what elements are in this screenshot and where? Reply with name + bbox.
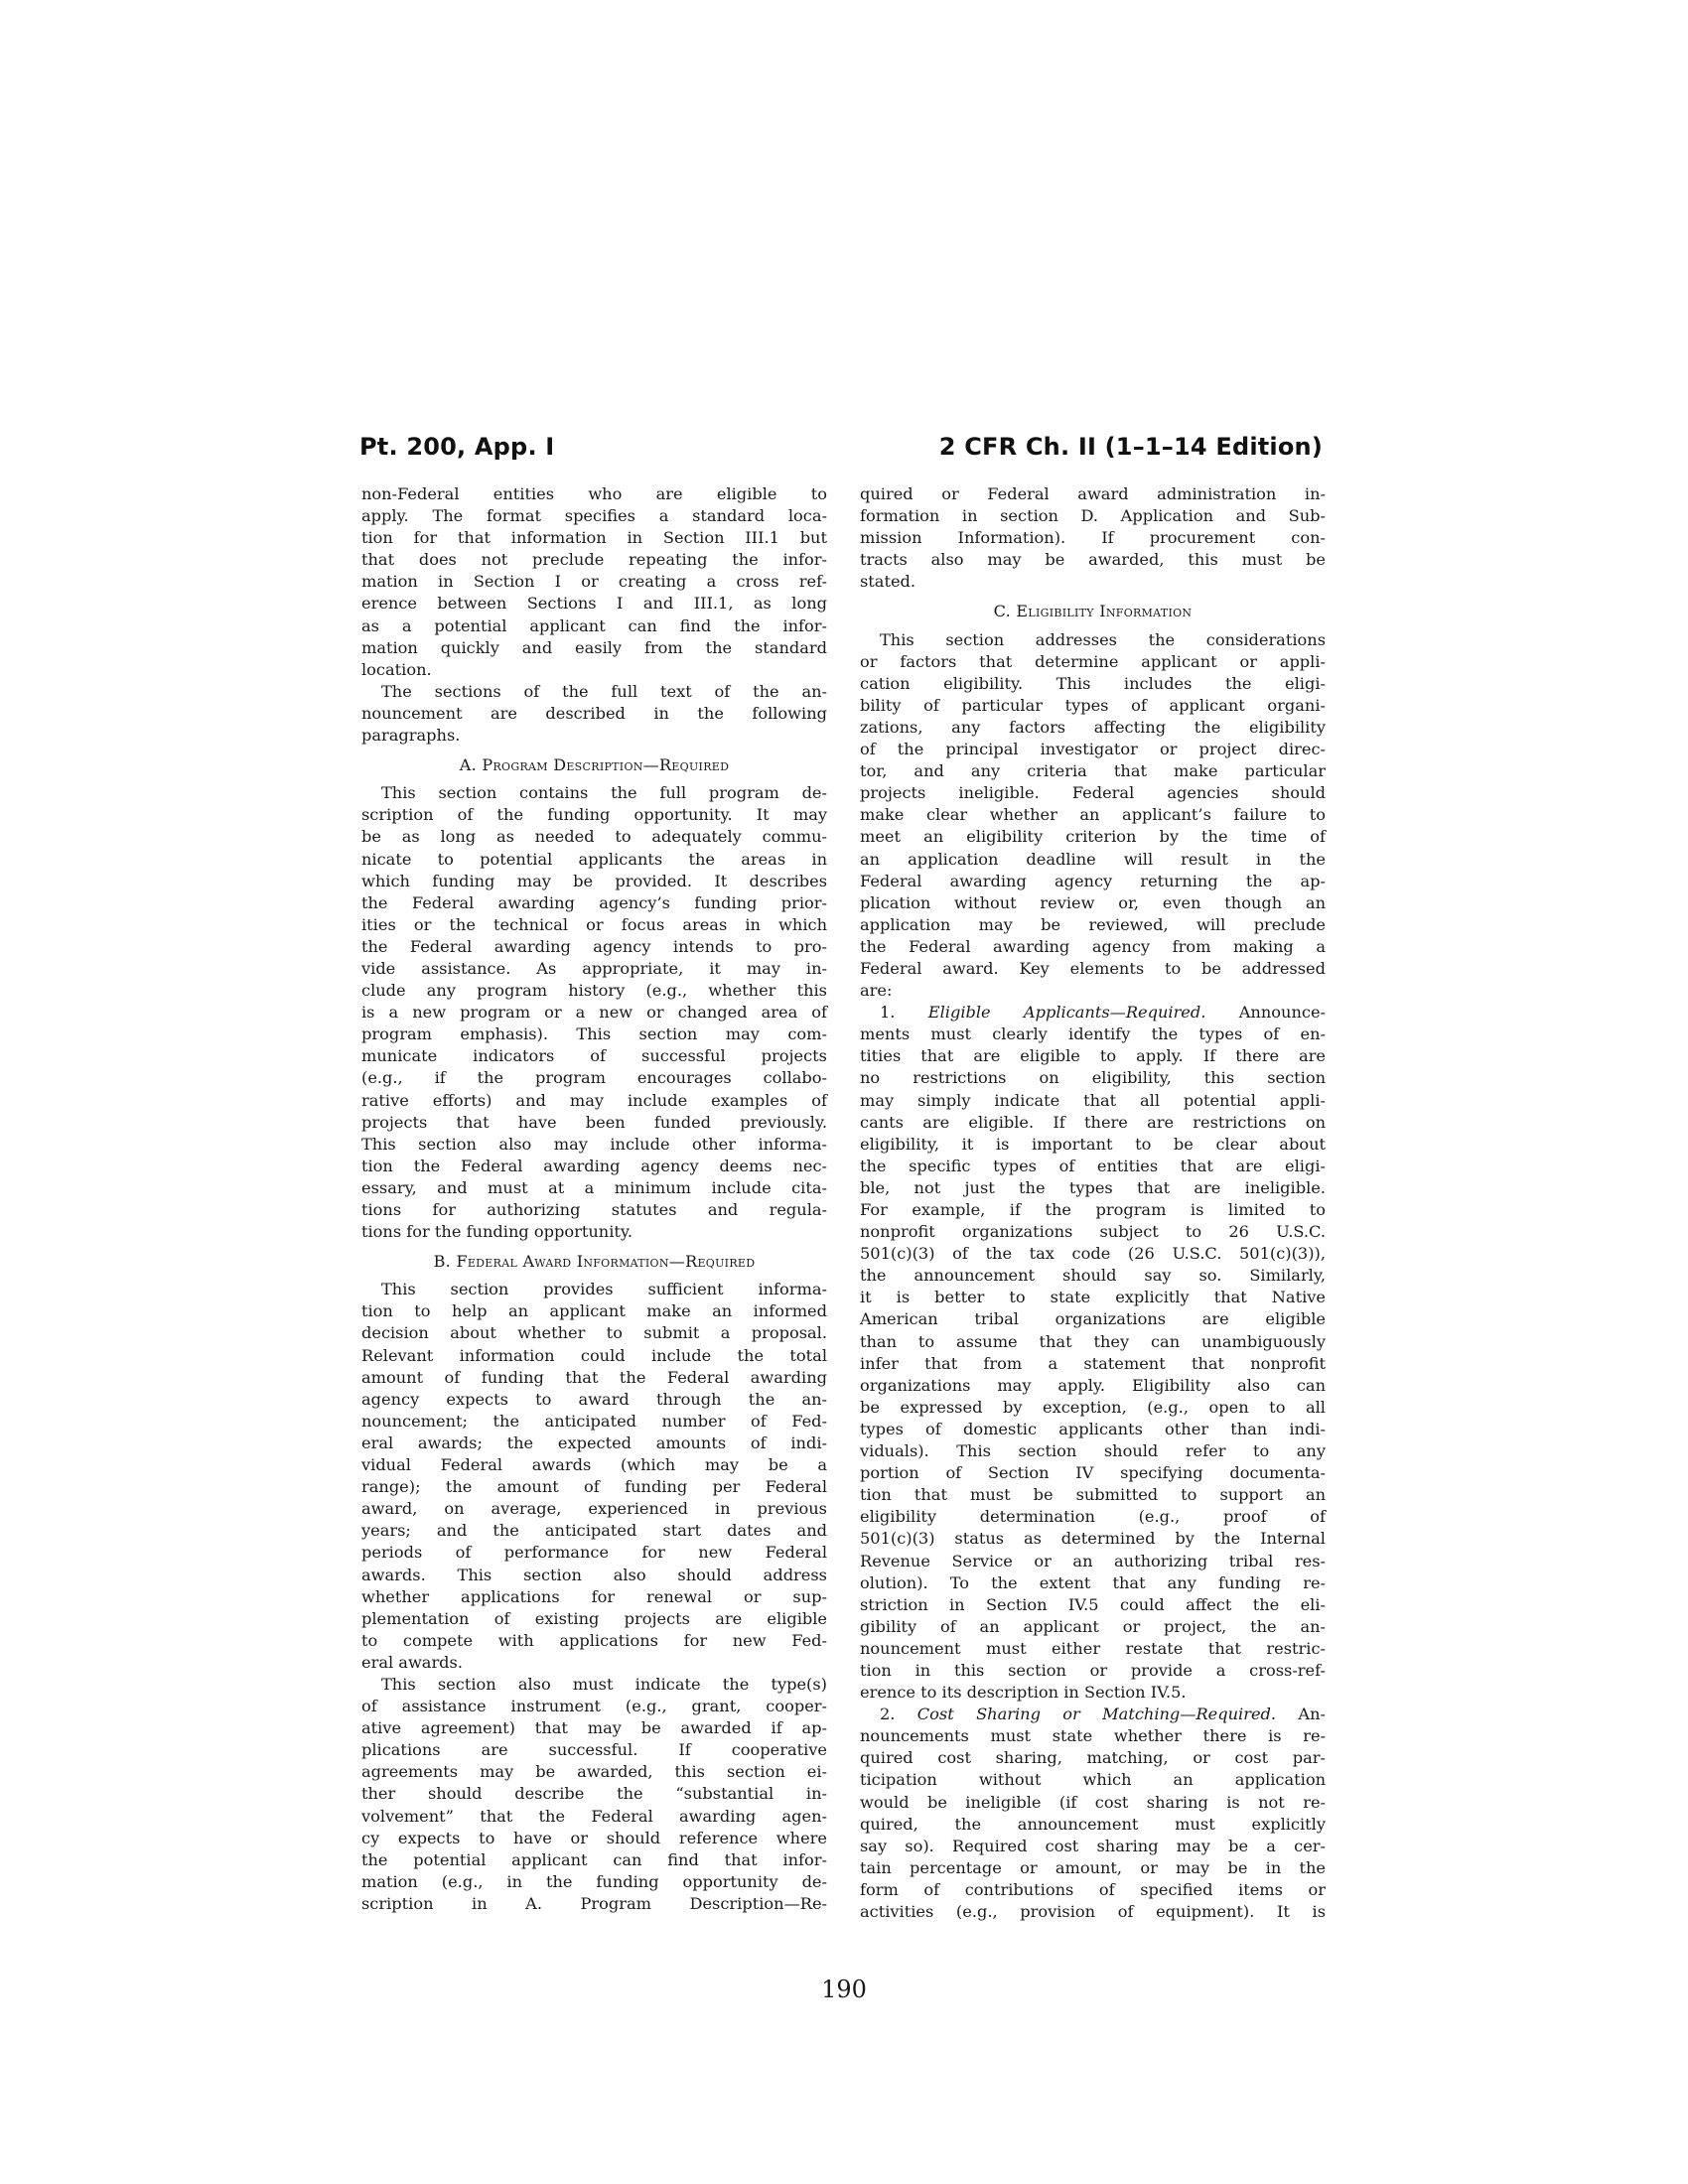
text-line: an application deadline will result in t… bbox=[860, 849, 1326, 871]
text-line: bility of particular types of applicant … bbox=[860, 695, 1326, 717]
text-line: (e.g., if the program encourages collabo… bbox=[361, 1067, 827, 1089]
text-line: to compete with applications for new Fed… bbox=[361, 1630, 827, 1652]
text-line: which funding may be provided. It descri… bbox=[361, 871, 827, 892]
text-line: than to assume that they can unambiguous… bbox=[860, 1331, 1326, 1353]
section-b-paragraph-2: This section also must indicate the type… bbox=[361, 1674, 827, 1915]
text-line: the Federal awarding agency from making … bbox=[860, 936, 1326, 958]
text-line: projects that have been funded previousl… bbox=[361, 1112, 827, 1134]
intro-paragraph: non-Federal entities who are eligible to… bbox=[361, 483, 827, 681]
text-line: nouncement; the anticipated number of Fe… bbox=[361, 1411, 827, 1433]
right-column: quired or Federal award administration i… bbox=[860, 483, 1326, 1923]
text-line: scription of the funding opportunity. It… bbox=[361, 804, 827, 826]
text-line: viduals). This section should refer to a… bbox=[860, 1440, 1326, 1462]
text-line: of assistance instrument (e.g., grant, c… bbox=[361, 1696, 827, 1717]
text-line: ther should describe the “substantial in… bbox=[361, 1783, 827, 1805]
text-line: erence to its description in Section IV.… bbox=[860, 1682, 1326, 1704]
text-line: plications are successful. If cooperativ… bbox=[361, 1739, 827, 1761]
text-line: whether applications for renewal or sup- bbox=[361, 1586, 827, 1608]
text-line: as a potential applicant can find the in… bbox=[361, 615, 827, 637]
text-line: make clear whether an applicant’s failur… bbox=[860, 804, 1326, 826]
text-line: the specific types of entities that are … bbox=[860, 1156, 1326, 1177]
text-line: This section also must indicate the type… bbox=[361, 1674, 827, 1696]
text-line: nonprofit organizations subject to 26 U.… bbox=[860, 1221, 1326, 1243]
item-1-eligible-applicants: 1. Eligible Applicants—Required. Announc… bbox=[860, 1002, 1326, 1704]
text-line: may simply indicate that all potential a… bbox=[860, 1090, 1326, 1112]
text-line: American tribal organizations are eligib… bbox=[860, 1308, 1326, 1330]
text-line: the Federal awarding agency’s funding pr… bbox=[361, 892, 827, 914]
text-line: rative efforts) and may include examples… bbox=[361, 1090, 827, 1112]
text-line: is a new program or a new or changed are… bbox=[361, 1002, 827, 1024]
text-line: program emphasis). This section may com- bbox=[361, 1024, 827, 1045]
text-line: that does not preclude repeating the inf… bbox=[361, 549, 827, 571]
section-c-heading: C. Eligibility Information bbox=[860, 601, 1326, 622]
text-line: are: bbox=[860, 980, 1326, 1002]
text-line: zations, any factors affecting the eligi… bbox=[860, 717, 1326, 739]
text-line: mission Information). If procurement con… bbox=[860, 527, 1326, 549]
text-line: types of domestic applicants other than … bbox=[860, 1419, 1326, 1440]
text-line: amount of funding that the Federal award… bbox=[361, 1367, 827, 1389]
text-line: tion for that information in Section III… bbox=[361, 527, 827, 549]
text-line: nouncement are described in the followin… bbox=[361, 703, 827, 725]
text-line: no restrictions on eligibility, this sec… bbox=[860, 1067, 1326, 1089]
text-line: ative agreement) that may be awarded if … bbox=[361, 1717, 827, 1739]
text-line: This section provides sufficient informa… bbox=[361, 1279, 827, 1300]
left-column: non-Federal entities who are eligible to… bbox=[361, 483, 827, 1915]
section-a-heading: A. Program Description—Required bbox=[361, 754, 827, 776]
text-line: ities or the technical or focus areas in… bbox=[361, 914, 827, 936]
text-line: tities that are eligible to apply. If th… bbox=[860, 1045, 1326, 1067]
text-line: nouncements must state whether there is … bbox=[860, 1725, 1326, 1747]
text-line: agreements may be awarded, this section … bbox=[361, 1761, 827, 1783]
text-line: volvement” that the Federal awarding age… bbox=[361, 1806, 827, 1828]
text-line: tracts also may be awarded, this must be bbox=[860, 549, 1326, 571]
text-line: be as long as needed to adequately commu… bbox=[361, 826, 827, 848]
text-line: portion of Section IV specifying documen… bbox=[860, 1462, 1326, 1484]
text-line: ticipation without which an application bbox=[860, 1769, 1326, 1791]
text-line: vidual Federal awards (which may be a bbox=[361, 1454, 827, 1476]
text-line: say so). Required cost sharing may be a … bbox=[860, 1836, 1326, 1857]
text-line: Relevant information could include the t… bbox=[361, 1345, 827, 1367]
text-line: form of contributions of specified items… bbox=[860, 1879, 1326, 1901]
text-line: cation eligibility. This includes the el… bbox=[860, 673, 1326, 695]
running-header-right: 2 CFR Ch. II (1–1–14 Edition) bbox=[939, 433, 1323, 461]
text-line: eral awards. bbox=[361, 1652, 827, 1674]
text-line: nicate to potential applicants the areas… bbox=[361, 849, 827, 871]
text-line: This section also may include other info… bbox=[361, 1134, 827, 1156]
text-line: Federal award. Key elements to be addres… bbox=[860, 958, 1326, 980]
text-line: agency expects to award through the an- bbox=[361, 1389, 827, 1411]
text-line: 501(c)(3) status as determined by the In… bbox=[860, 1528, 1326, 1550]
text-line: mation quickly and easily from the stand… bbox=[361, 637, 827, 659]
text-line: of the principal investigator or project… bbox=[860, 739, 1326, 760]
item-2-first-line: 2. Cost Sharing or Matching—Required. An… bbox=[860, 1704, 1326, 1725]
text-line: the announcement should say so. Similarl… bbox=[860, 1265, 1326, 1287]
text-line: infer that from a statement that nonprof… bbox=[860, 1353, 1326, 1375]
item-1-first-line: 1. Eligible Applicants—Required. Announc… bbox=[860, 1002, 1326, 1024]
page-number: 190 bbox=[0, 1976, 1688, 2003]
text-line: organizations may apply. Eligibility als… bbox=[860, 1375, 1326, 1397]
text-line: This section contains the full program d… bbox=[361, 782, 827, 804]
continued-paragraph: quired or Federal award administration i… bbox=[860, 483, 1326, 593]
text-line: essary, and must at a minimum include ci… bbox=[361, 1177, 827, 1199]
text-line: tion in this section or provide a cross-… bbox=[860, 1660, 1326, 1682]
text-line: eligibility determination (e.g., proof o… bbox=[860, 1506, 1326, 1528]
text-line: 501(c)(3) of the tax code (26 U.S.C. 501… bbox=[860, 1243, 1326, 1265]
text-line: range); the amount of funding per Federa… bbox=[361, 1476, 827, 1498]
text-line: application may be reviewed, will preclu… bbox=[860, 914, 1326, 936]
text-line: the Federal awarding agency intends to p… bbox=[361, 936, 827, 958]
text-line: tions for the funding opportunity. bbox=[361, 1221, 827, 1243]
running-header-left: Pt. 200, App. I bbox=[359, 433, 554, 461]
text-line: non-Federal entities who are eligible to bbox=[361, 483, 827, 505]
text-line: tions for authorizing statutes and regul… bbox=[361, 1199, 827, 1221]
text-line: tion that must be submitted to support a… bbox=[860, 1484, 1326, 1506]
text-line: years; and the anticipated start dates a… bbox=[361, 1520, 827, 1542]
text-line: gibility of an applicant or project, the… bbox=[860, 1616, 1326, 1638]
text-line: stated. bbox=[860, 571, 1326, 593]
text-line: tain percentage or amount, or may be in … bbox=[860, 1857, 1326, 1879]
text-line: decision about whether to submit a propo… bbox=[361, 1322, 827, 1344]
text-line: paragraphs. bbox=[361, 725, 827, 747]
text-line: meet an eligibility criterion by the tim… bbox=[860, 826, 1326, 848]
text-line: Revenue Service or an authorizing tribal… bbox=[860, 1551, 1326, 1572]
text-line: For example, if the program is limited t… bbox=[860, 1199, 1326, 1221]
text-line: ble, not just the types that are ineligi… bbox=[860, 1177, 1326, 1199]
section-a-paragraph: This section contains the full program d… bbox=[361, 782, 827, 1243]
text-line: The sections of the full text of the an- bbox=[361, 681, 827, 703]
text-line: nouncement must either restate that rest… bbox=[860, 1638, 1326, 1660]
text-line: tor, and any criteria that make particul… bbox=[860, 760, 1326, 782]
text-line: This section addresses the consideration… bbox=[860, 629, 1326, 651]
text-line: clude any program history (e.g., whether… bbox=[361, 980, 827, 1002]
text-line: periods of performance for new Federal bbox=[361, 1542, 827, 1564]
text-line: cants are eligible. If there are restric… bbox=[860, 1112, 1326, 1134]
text-line: activities (e.g., provision of equipment… bbox=[860, 1901, 1326, 1923]
text-line: tion to help an applicant make an inform… bbox=[361, 1300, 827, 1322]
text-line: mation (e.g., in the funding opportunity… bbox=[361, 1871, 827, 1893]
text-line: projects ineligible. Federal agencies sh… bbox=[860, 782, 1326, 804]
text-line: municate indicators of successful projec… bbox=[361, 1045, 827, 1067]
text-line: or factors that determine applicant or a… bbox=[860, 651, 1326, 673]
section-b-paragraph-1: This section provides sufficient informa… bbox=[361, 1279, 827, 1674]
text-line: vide assistance. As appropriate, it may … bbox=[361, 958, 827, 980]
text-line: tion the Federal awarding agency deems n… bbox=[361, 1156, 827, 1177]
text-line: be expressed by exception, (e.g., open t… bbox=[860, 1397, 1326, 1419]
text-line: apply. The format specifies a standard l… bbox=[361, 505, 827, 527]
text-line: quired, the announcement must explicitly bbox=[860, 1814, 1326, 1836]
text-line: eral awards; the expected amounts of ind… bbox=[361, 1433, 827, 1454]
section-c-paragraph: This section addresses the consideration… bbox=[860, 629, 1326, 1003]
text-line: plementation of existing projects are el… bbox=[361, 1608, 827, 1630]
text-line: eligibility, it is important to be clear… bbox=[860, 1134, 1326, 1156]
text-line: quired cost sharing, matching, or cost p… bbox=[860, 1747, 1326, 1769]
text-line: quired or Federal award administration i… bbox=[860, 483, 1326, 505]
text-line: erence between Sections I and III.1, as … bbox=[361, 593, 827, 614]
intro-paragraph-2: The sections of the full text of the an-… bbox=[361, 681, 827, 747]
text-line: it is better to state explicitly that Na… bbox=[860, 1287, 1326, 1308]
text-line: formation in section D. Application and … bbox=[860, 505, 1326, 527]
text-line: plication without review or, even though… bbox=[860, 892, 1326, 914]
section-b-heading: B. Federal Award Information—Required bbox=[361, 1251, 827, 1273]
text-line: Federal awarding agency returning the ap… bbox=[860, 871, 1326, 892]
text-line: cy expects to have or should reference w… bbox=[361, 1828, 827, 1849]
text-line: olution). To the extent that any funding… bbox=[860, 1572, 1326, 1594]
item-2-cost-sharing: 2. Cost Sharing or Matching—Required. An… bbox=[860, 1704, 1326, 1923]
text-line: scription in A. Program Description—Re- bbox=[361, 1893, 827, 1915]
text-line: ments must clearly identify the types of… bbox=[860, 1024, 1326, 1045]
text-line: would be ineligible (if cost sharing is … bbox=[860, 1792, 1326, 1814]
text-line: the potential applicant can find that in… bbox=[361, 1849, 827, 1871]
text-line: award, on average, experienced in previo… bbox=[361, 1498, 827, 1520]
text-line: mation in Section I or creating a cross … bbox=[361, 571, 827, 593]
text-line: awards. This section also should address bbox=[361, 1565, 827, 1586]
text-line: location. bbox=[361, 659, 827, 681]
text-line: striction in Section IV.5 could affect t… bbox=[860, 1594, 1326, 1616]
